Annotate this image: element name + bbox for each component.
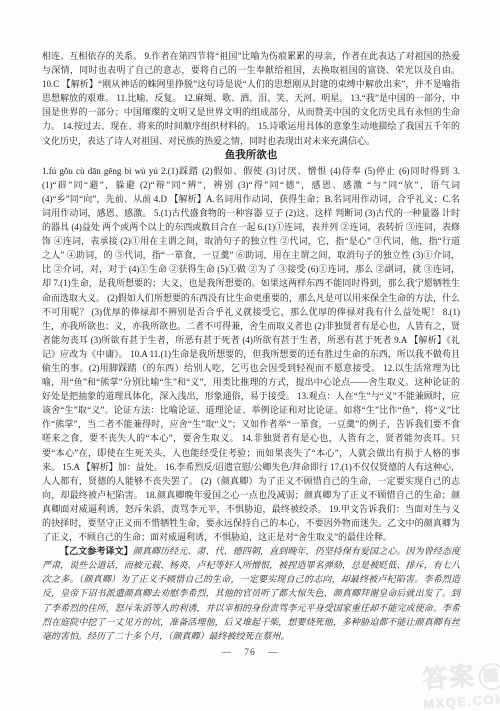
watermark-brand-circled-char: 圈 [477,662,500,691]
page-number: — 76 — [221,648,278,658]
translation-text: 颜真卿历经元、肃、代、德四朝，直到晚年，仍坚持保有爱国之心。因为曾经态度严肃，说… [42,546,460,641]
section-title: 鱼我所欲也 [42,149,460,163]
page-footer: — 76 — [0,648,500,658]
translation-paragraph: 【乙文参考译文】颜真卿历经元、肃、代、德四朝，直到晚年，仍坚持保有爱国之心。因为… [42,544,460,643]
section-answers: 1.fú gǒu cù dān gēng bì wù yú 2.(1)踩踏 (2… [42,164,460,545]
previous-section-answers: 相连、互相依存的关系。 9.作者在第四节将“祖国”比喻为伤痕累累的母亲，作者在此… [42,49,460,148]
translation-label: 【乙文参考译文】 [60,546,133,556]
watermark-site-url: MXQE.COM [423,691,500,711]
watermark-logo: 答案圈 [420,654,500,696]
watermark: 答案圈 MXQE.COM [420,654,500,711]
watermark-brand-text: 答案 [421,662,477,694]
answer-key-page: 相连、互相依存的关系。 9.作者在第四节将“祖国”比喻为伤痕累累的母亲，作者在此… [0,0,500,711]
